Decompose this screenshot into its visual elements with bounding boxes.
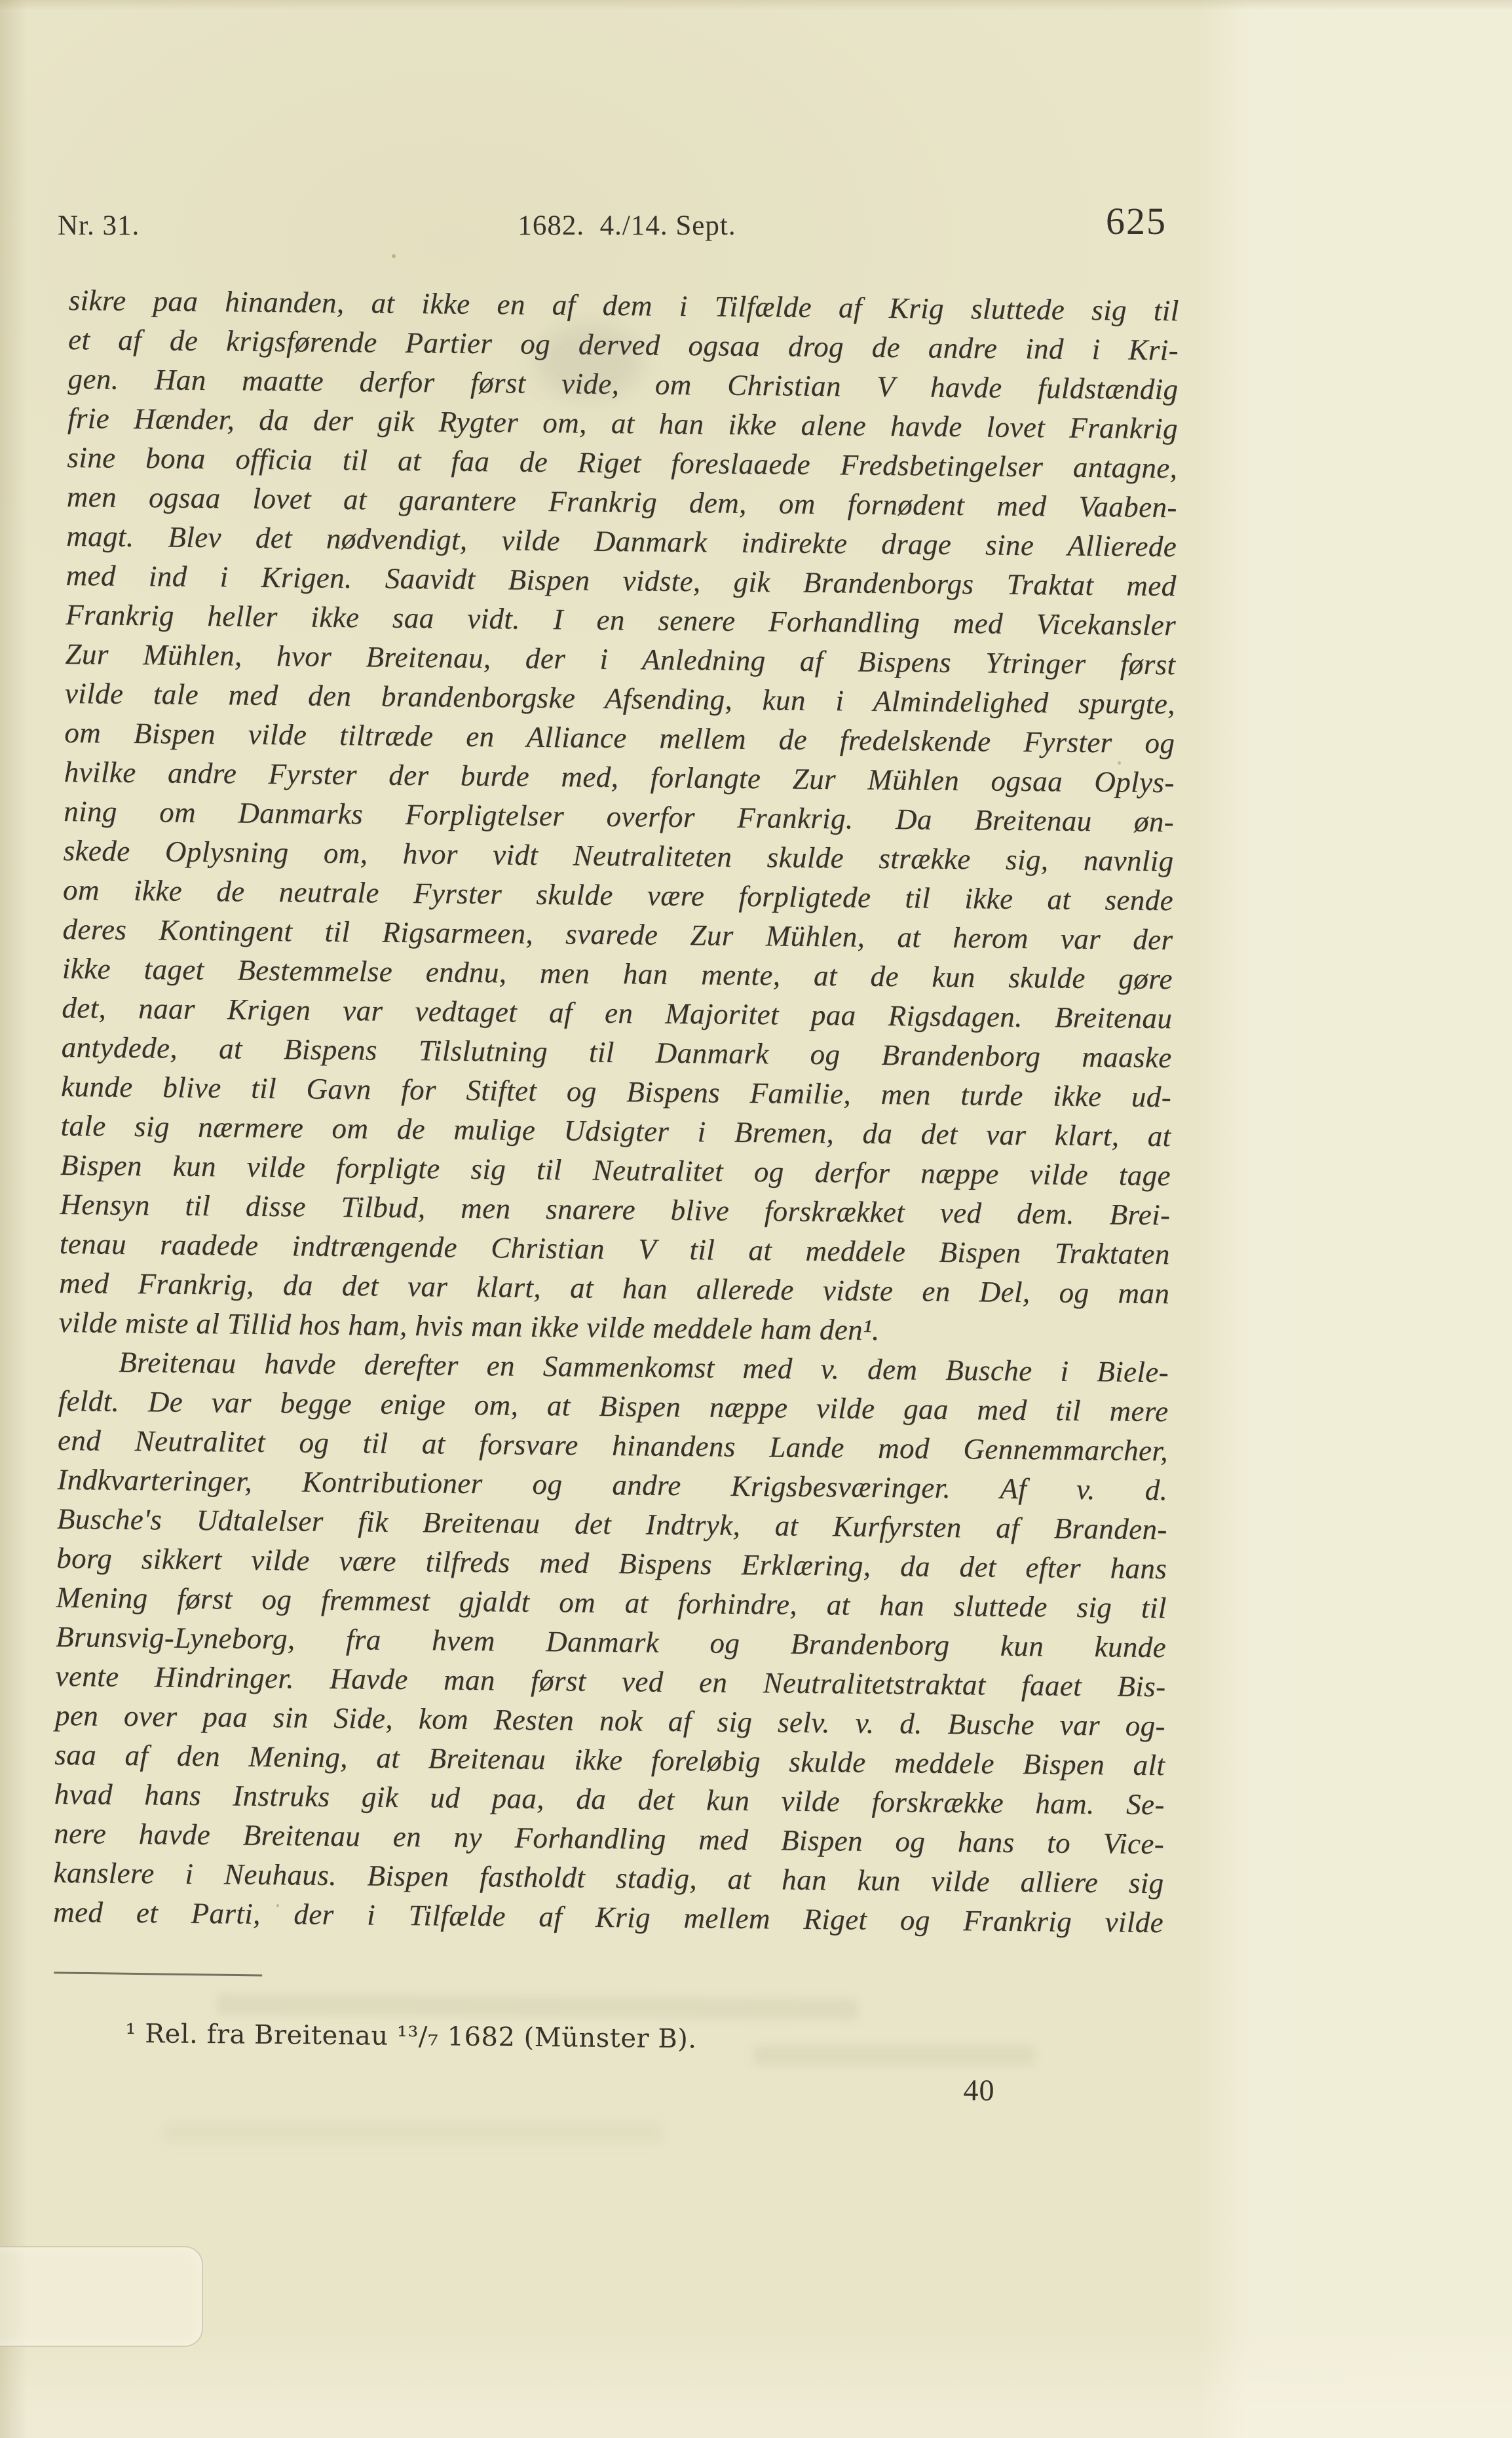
paper-speck <box>1118 761 1121 765</box>
footnote-rule <box>54 1971 262 1976</box>
signature-mark: 40 <box>963 2072 995 2107</box>
footnote: ¹ Rel. fra Breitenau ¹³/₇ 1682 (Münster … <box>125 2019 697 2054</box>
header-date: 1682. 4./14. Sept. <box>518 210 736 242</box>
paper-speck <box>276 1904 279 1907</box>
page-scan: Nr. 31. 1682. 4./14. Sept. 625 sikre paa… <box>0 0 1512 2438</box>
text-block: sikre paa hinanden, at ikke en af dem i … <box>50 280 1179 2224</box>
page-number: 625 <box>1106 199 1167 243</box>
show-through-mark <box>753 2046 1035 2065</box>
show-through-mark <box>164 2123 662 2143</box>
body-text: sikre paa hinanden, at ikke en af dem i … <box>53 280 1179 1942</box>
paper-speck <box>392 254 396 258</box>
issue-number: Nr. 31. <box>58 210 140 242</box>
paper-smudge <box>537 324 642 400</box>
tab-imprint <box>0 2246 203 2347</box>
show-through-mark <box>216 1994 858 2021</box>
